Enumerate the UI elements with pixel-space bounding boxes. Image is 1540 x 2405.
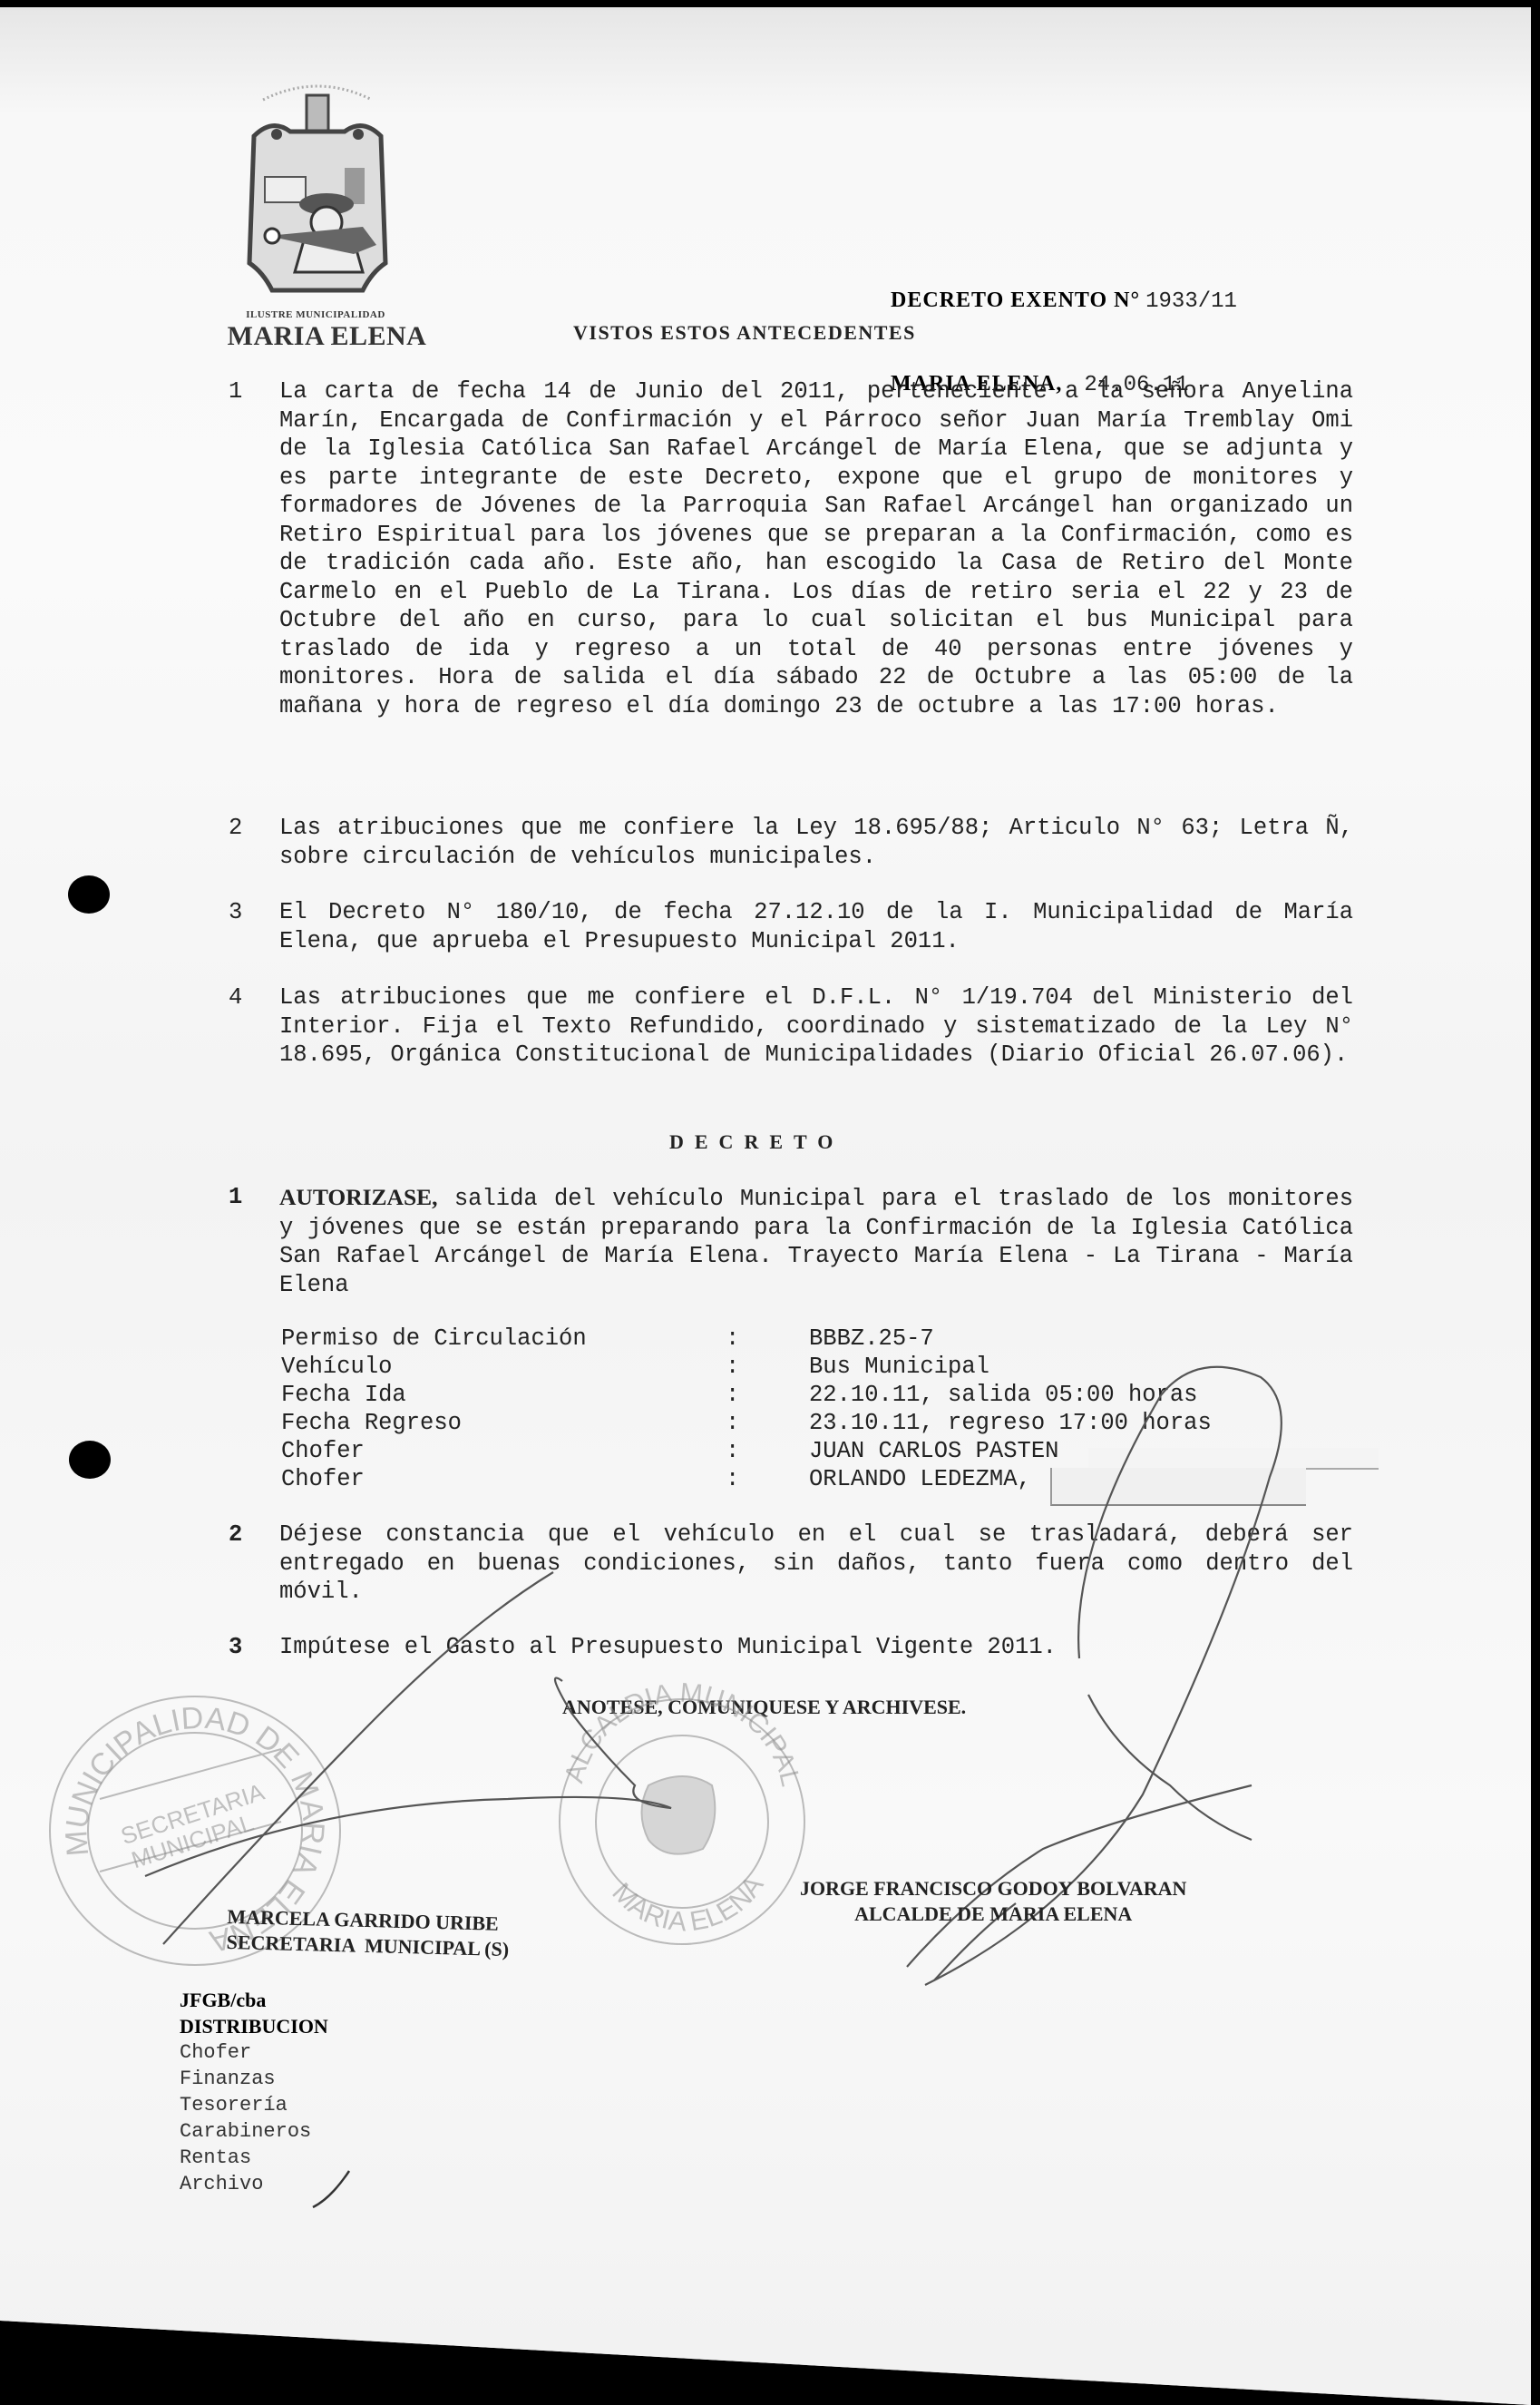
distribution-recipient: Carabineros xyxy=(180,2118,328,2145)
svg-text:ALCALDIA MUNICIPAL: ALCALDIA MUNICIPAL xyxy=(560,1677,806,1789)
distribution-recipient: Chofer xyxy=(180,2039,328,2066)
signature-block-alcalde: JORGE FRANCISCO GODOY BOLVARAN ALCALDE D… xyxy=(800,1876,1186,1927)
initials: JFGB/cba xyxy=(180,1987,328,2013)
secretaria-title: SECRETARIA MUNICIPAL (S) xyxy=(226,1931,509,1960)
distribution-recipient: Archivo xyxy=(180,2171,328,2197)
distribution-heading: DISTRIBUCION xyxy=(180,2013,328,2039)
distribution-recipient: Rentas xyxy=(180,2145,328,2171)
signature-block-secretaria: MARCELA GARRIDO URIBE SECRETARIA MUNICIP… xyxy=(226,1904,510,1962)
distribution-list: JFGB/cba DISTRIBUCION Chofer Finanzas Te… xyxy=(180,1987,328,2197)
distribution-recipient: Tesorería xyxy=(180,2092,328,2118)
alcalde-title: ALCALDE DE MARIA ELENA xyxy=(800,1902,1186,1927)
secretaria-name: MARCELA GARRIDO URIBE xyxy=(227,1905,499,1935)
distribution-recipient: Finanzas xyxy=(180,2066,328,2092)
punch-hole xyxy=(69,1441,111,1479)
alcalde-name: JORGE FRANCISCO GODOY BOLVARAN xyxy=(800,1876,1186,1902)
punch-hole xyxy=(68,875,110,914)
scanned-page: ILUSTRE MUNICIPALIDAD MARIA ELENA DECRET… xyxy=(0,7,1531,2405)
